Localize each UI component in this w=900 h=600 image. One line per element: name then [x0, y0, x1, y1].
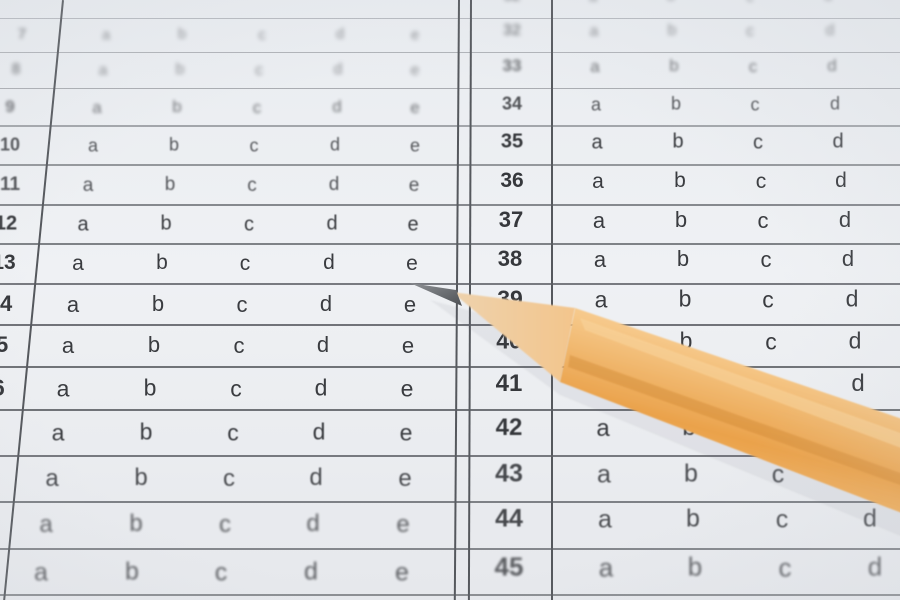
choice-e[interactable]: e — [396, 511, 409, 539]
choice-b[interactable]: b — [165, 174, 176, 196]
choice-d[interactable]: d — [842, 246, 854, 272]
row-divider — [0, 366, 900, 368]
answer-sheet-photo: 7 a b c d e 8 a b c d e 9 a b c d e 10 — [0, 0, 900, 600]
question-number: 16 — [0, 375, 5, 402]
row-divider — [0, 164, 900, 166]
choice-a[interactable]: a — [83, 175, 94, 197]
choice-a[interactable]: a — [596, 415, 609, 443]
choice-c[interactable]: c — [758, 208, 769, 234]
choice-d[interactable]: d — [317, 332, 329, 358]
row-divider — [0, 18, 900, 19]
choice-d[interactable]: d — [827, 56, 836, 76]
choice-c[interactable]: c — [253, 98, 262, 118]
choice-a[interactable]: a — [92, 98, 101, 118]
choice-e[interactable]: e — [402, 333, 414, 359]
choice-a[interactable]: a — [594, 247, 606, 273]
choice-c[interactable]: c — [746, 0, 754, 6]
question-number: 36 — [500, 169, 523, 193]
choice-d[interactable]: d — [320, 291, 332, 317]
choice-d[interactable]: d — [304, 558, 318, 587]
question-number: 15 — [0, 332, 8, 358]
choice-e[interactable]: e — [406, 252, 418, 276]
choice-b[interactable]: b — [674, 169, 686, 193]
choice-c[interactable]: c — [227, 420, 239, 447]
question-number: 42 — [496, 414, 523, 442]
choice-b[interactable]: b — [680, 328, 693, 355]
choice-c[interactable]: c — [779, 553, 792, 584]
choice-c[interactable]: c — [769, 415, 781, 443]
choice-a[interactable]: a — [102, 27, 110, 44]
choice-d[interactable]: d — [330, 135, 340, 156]
choice-c[interactable]: c — [215, 559, 228, 588]
left-column-right-border — [454, 0, 460, 600]
row-divider — [0, 594, 900, 596]
choice-c[interactable]: c — [237, 292, 248, 318]
choice-d[interactable]: d — [849, 328, 862, 355]
choice-a[interactable]: a — [57, 376, 70, 403]
choice-b[interactable]: b — [686, 505, 700, 534]
choice-b[interactable]: b — [169, 135, 179, 156]
question-number: 39 — [497, 286, 523, 313]
choice-d[interactable]: d — [326, 213, 337, 236]
choice-b[interactable]: b — [682, 414, 695, 442]
question-number: 8 — [12, 61, 21, 79]
choice-b[interactable]: b — [160, 213, 171, 236]
choice-b[interactable]: b — [668, 22, 677, 40]
row-divider — [0, 52, 900, 53]
choice-e[interactable]: e — [411, 62, 420, 80]
choice-a[interactable]: a — [39, 511, 52, 539]
row-divider — [0, 548, 900, 550]
choice-e[interactable]: e — [395, 559, 409, 588]
choice-d[interactable]: d — [846, 286, 859, 313]
question-number: 40 — [496, 328, 522, 355]
choice-d[interactable]: d — [313, 419, 326, 446]
choice-a[interactable]: a — [598, 506, 612, 535]
row-divider — [0, 204, 900, 206]
question-number: 37 — [499, 207, 523, 233]
choice-c[interactable]: c — [753, 132, 763, 155]
choice-b[interactable]: b — [134, 464, 147, 492]
choice-a[interactable]: a — [592, 170, 604, 194]
choice-c[interactable]: c — [234, 333, 245, 359]
row-divider — [0, 324, 900, 326]
choice-d[interactable]: d — [858, 460, 872, 489]
choice-d[interactable]: d — [323, 251, 335, 275]
choice-b[interactable]: b — [671, 94, 681, 115]
choice-b[interactable]: b — [148, 332, 160, 358]
question-number: 35 — [501, 131, 523, 154]
choice-c[interactable]: c — [258, 27, 266, 44]
choice-a[interactable]: a — [596, 329, 609, 356]
choice-d[interactable]: d — [868, 552, 882, 583]
right-column-left-border — [468, 0, 472, 600]
choice-a[interactable]: a — [45, 465, 58, 493]
choice-a[interactable]: a — [590, 57, 599, 77]
choice-d[interactable]: d — [830, 94, 840, 115]
choice-d[interactable]: d — [329, 174, 340, 196]
question-number: 34 — [502, 94, 522, 115]
choice-b[interactable]: b — [125, 558, 139, 587]
choice-b[interactable]: b — [688, 552, 702, 583]
choice-a[interactable]: a — [62, 333, 74, 359]
row-divider — [0, 125, 900, 127]
choice-b[interactable]: b — [144, 375, 157, 402]
choice-c[interactable]: c — [230, 376, 242, 403]
choice-b[interactable]: b — [672, 131, 683, 154]
choice-c[interactable]: c — [223, 465, 235, 493]
choice-a[interactable]: a — [67, 292, 79, 318]
question-number: 32 — [503, 22, 521, 40]
choice-a[interactable]: a — [597, 461, 611, 490]
choice-c[interactable]: c — [751, 95, 760, 116]
question-number: 33 — [503, 56, 522, 76]
choice-b[interactable]: b — [667, 0, 675, 5]
question-number: 41 — [496, 370, 523, 398]
choice-b[interactable]: b — [684, 460, 698, 489]
choice-a[interactable]: a — [599, 553, 613, 584]
choice-d[interactable]: d — [826, 22, 835, 40]
choice-c[interactable]: c — [219, 511, 231, 539]
choice-d[interactable]: d — [315, 375, 328, 402]
row-divider — [0, 283, 900, 285]
choice-c[interactable]: c — [761, 247, 772, 273]
choice-e[interactable]: e — [410, 98, 419, 118]
choice-e[interactable]: e — [409, 175, 420, 197]
choice-d[interactable]: d — [334, 61, 343, 79]
row-divider — [0, 501, 900, 503]
choice-d[interactable]: d — [832, 131, 843, 154]
question-number: 14 — [0, 291, 12, 317]
choice-c[interactable]: c — [765, 329, 777, 356]
question-number: 11 — [0, 174, 20, 196]
choice-c[interactable]: c — [255, 62, 263, 80]
question-number: 10 — [0, 135, 20, 156]
choice-a[interactable]: a — [589, 0, 597, 6]
choice-c[interactable]: c — [244, 214, 254, 237]
choice-a[interactable]: a — [591, 132, 602, 155]
question-number: 44 — [495, 505, 523, 534]
choice-c[interactable]: c — [762, 287, 774, 314]
choice-b[interactable]: b — [152, 291, 164, 317]
choice-e[interactable]: e — [398, 465, 411, 493]
row-divider — [0, 409, 900, 411]
choice-b[interactable]: b — [677, 246, 689, 272]
choice-d[interactable]: d — [851, 370, 864, 398]
choice-d[interactable]: d — [863, 505, 877, 534]
question-number: 9 — [5, 97, 14, 117]
choice-c[interactable]: c — [250, 136, 259, 157]
choice-e[interactable]: e — [401, 376, 414, 403]
choice-d[interactable]: d — [336, 26, 344, 43]
question-number: 13 — [0, 251, 16, 275]
row-divider — [0, 88, 900, 89]
choice-d[interactable]: d — [835, 169, 847, 193]
choice-b[interactable]: b — [129, 510, 142, 538]
question-number: 12 — [0, 213, 17, 236]
choice-b[interactable]: b — [156, 251, 168, 275]
choice-e[interactable]: e — [400, 420, 413, 447]
choice-b[interactable]: b — [681, 370, 694, 398]
choice-b[interactable]: b — [172, 97, 181, 117]
row-divider — [0, 455, 900, 457]
choice-a[interactable]: a — [88, 136, 98, 157]
choice-b[interactable]: b — [176, 61, 185, 79]
choice-a[interactable]: a — [591, 95, 601, 116]
choice-c[interactable]: c — [772, 461, 785, 490]
choice-c[interactable]: c — [247, 175, 257, 197]
choice-b[interactable]: b — [675, 207, 687, 233]
choice-a[interactable]: a — [72, 252, 84, 276]
choice-e[interactable]: e — [407, 214, 418, 237]
choice-a[interactable]: a — [596, 371, 609, 399]
choice-a[interactable]: a — [590, 23, 599, 41]
choice-a[interactable]: a — [34, 559, 48, 588]
choice-e[interactable]: e — [404, 292, 416, 318]
choice-c[interactable]: c — [756, 170, 767, 194]
choice-d[interactable]: d — [309, 464, 322, 492]
choice-a[interactable]: a — [593, 208, 605, 234]
choice-c[interactable]: c — [767, 371, 779, 399]
choice-b[interactable]: b — [669, 56, 678, 76]
choice-d[interactable]: d — [306, 510, 319, 538]
choice-b[interactable]: b — [178, 26, 186, 43]
choice-e[interactable]: e — [411, 27, 419, 44]
choice-e[interactable]: e — [410, 136, 420, 157]
question-number: 43 — [495, 460, 523, 489]
choice-d[interactable]: d — [854, 414, 867, 442]
choice-b[interactable]: b — [140, 419, 153, 446]
question-number: 38 — [498, 246, 522, 272]
choice-c[interactable]: c — [746, 23, 754, 41]
choice-c[interactable]: c — [240, 252, 251, 276]
right-number-divider — [551, 0, 553, 600]
choice-a[interactable]: a — [52, 420, 65, 447]
choice-d[interactable]: d — [824, 0, 832, 5]
choice-c[interactable]: c — [749, 57, 758, 77]
question-number: 45 — [495, 552, 524, 583]
choice-c[interactable]: c — [776, 506, 789, 535]
choice-b[interactable]: b — [679, 286, 692, 313]
choice-a[interactable]: a — [99, 62, 108, 80]
choice-d[interactable]: d — [839, 207, 851, 233]
choice-a[interactable]: a — [77, 214, 88, 237]
question-number: 7 — [18, 26, 26, 43]
choice-d[interactable]: d — [332, 97, 341, 117]
question-number: 32 — [504, 0, 521, 5]
row-divider — [0, 243, 900, 245]
choice-a[interactable]: a — [595, 287, 608, 314]
